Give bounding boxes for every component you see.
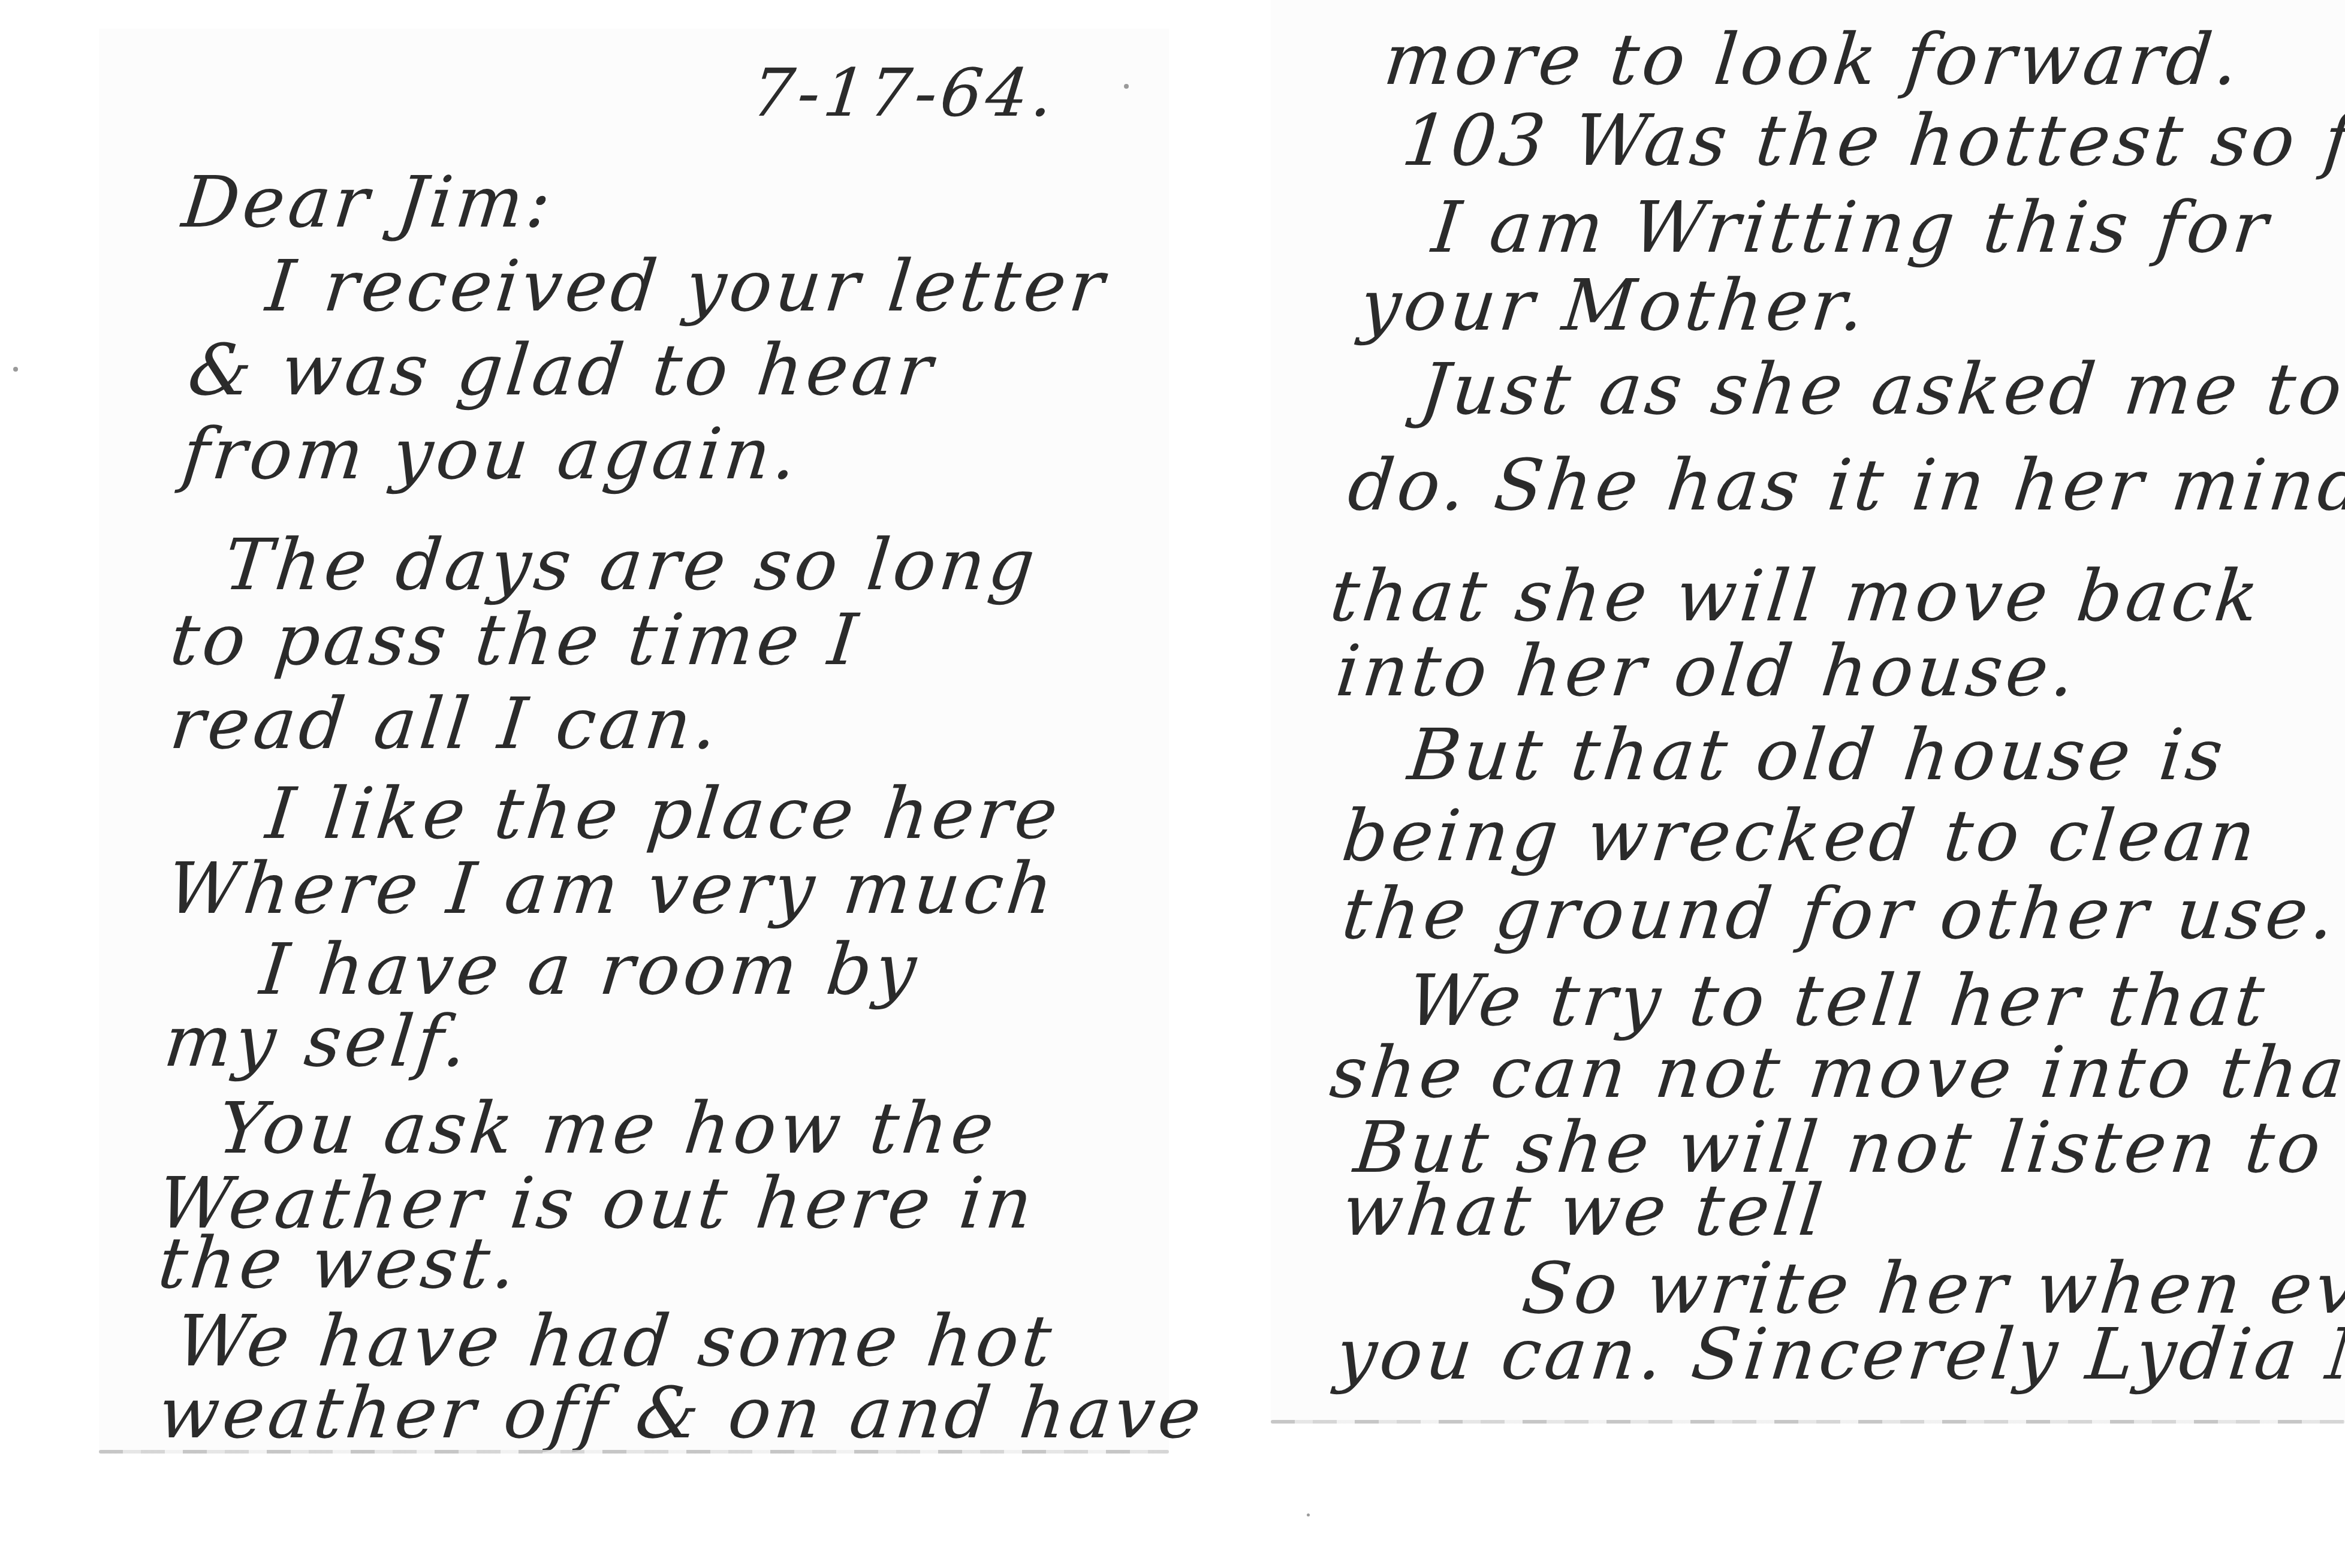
letter-page-right: more to look forward. 103 Was the hottes… (1271, 0, 2345, 1424)
letter-line: your Mother. (1357, 270, 1871, 340)
letter-line: But that old house is (1405, 719, 2230, 790)
letter-line: You ask me how the (215, 1093, 1001, 1163)
letter-line: being wrecked to clean (1339, 800, 2262, 871)
paper-speck (1124, 84, 1129, 89)
page-torn-edge (1271, 1420, 2345, 1424)
letter-line: I received your letter (263, 251, 1111, 321)
letter-line: Where I am very much (164, 853, 1060, 924)
letter-line: Just as she asked me to (1417, 354, 2345, 424)
letter-line: The days are so long (221, 529, 1042, 600)
letter-line: weather off & on and have (155, 1377, 1208, 1448)
page-torn-edge (99, 1450, 1169, 1454)
letter-date: 7-17-64. (749, 60, 1060, 126)
closing-and-signature: you can. Sincerely Lydia Mehre (1333, 1319, 2345, 1389)
letter-line: read all I can. (167, 688, 724, 759)
letter-line: she can not move into that (1327, 1037, 2345, 1108)
paper-speck (1307, 1513, 1310, 1516)
letter-page-left: 7-17-64. Dear Jim: I received your lette… (99, 29, 1169, 1454)
letter-line: more to look forward. (1381, 24, 2245, 95)
letter-line: to pass the time I (167, 604, 864, 675)
letter-line: do. She has it in her mind (1345, 450, 2345, 520)
letter-line: & was glad to hear (185, 334, 939, 405)
letter-line: that she will move back (1327, 560, 2265, 631)
letter-line: into her old house. (1333, 635, 2082, 706)
letter-line: We try to tell her that (1405, 965, 2271, 1036)
paper-speck (13, 367, 18, 372)
letter-line: 103 Was the hottest so far (1399, 105, 2345, 176)
letter-line: We have had some hot (173, 1305, 1058, 1376)
letter-line: I have a room by (257, 934, 923, 1005)
letter-line: I am Writting this for (1429, 192, 2274, 263)
letter-line: my self. (161, 1006, 474, 1077)
letter-line: what we tell (1339, 1175, 1829, 1246)
letter-line: I like the place here (263, 778, 1065, 849)
salutation: Dear Jim: (179, 167, 558, 237)
letter-line: the ground for other use. (1339, 878, 2341, 949)
letter-line: from you again. (179, 418, 804, 489)
letter-line: the west. (155, 1228, 523, 1298)
